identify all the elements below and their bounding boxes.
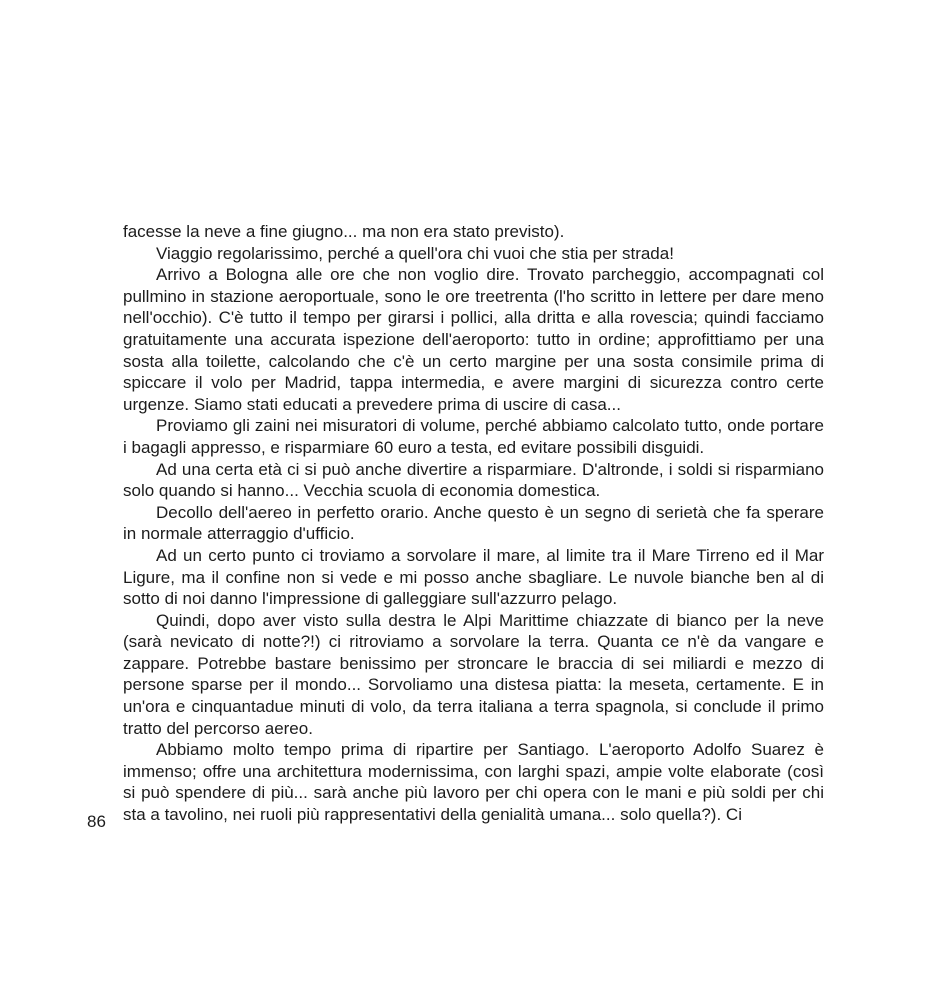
paragraph: Proviamo gli zaini nei misuratori di vol… xyxy=(123,415,824,458)
paragraph: Abbiamo molto tempo prima di ripartire p… xyxy=(123,739,824,825)
document-page: 86 facesse la neve a fine giugno... ma n… xyxy=(0,0,942,1000)
paragraph: Arrivo a Bologna alle ore che non voglio… xyxy=(123,264,824,415)
paragraph: Ad una certa età ci si può anche diverti… xyxy=(123,459,824,502)
paragraph: Viaggio regolarissimo, perché a quell'or… xyxy=(123,243,824,265)
paragraph: Quindi, dopo aver visto sulla destra le … xyxy=(123,610,824,740)
paragraph: Decollo dell'aereo in perfetto orario. A… xyxy=(123,502,824,545)
paragraph: facesse la neve a fine giugno... ma non … xyxy=(123,221,824,243)
paragraph: Ad un certo punto ci troviamo a sorvolar… xyxy=(123,545,824,610)
text-block: facesse la neve a fine giugno... ma non … xyxy=(123,221,824,826)
page-number: 86 xyxy=(87,811,106,833)
